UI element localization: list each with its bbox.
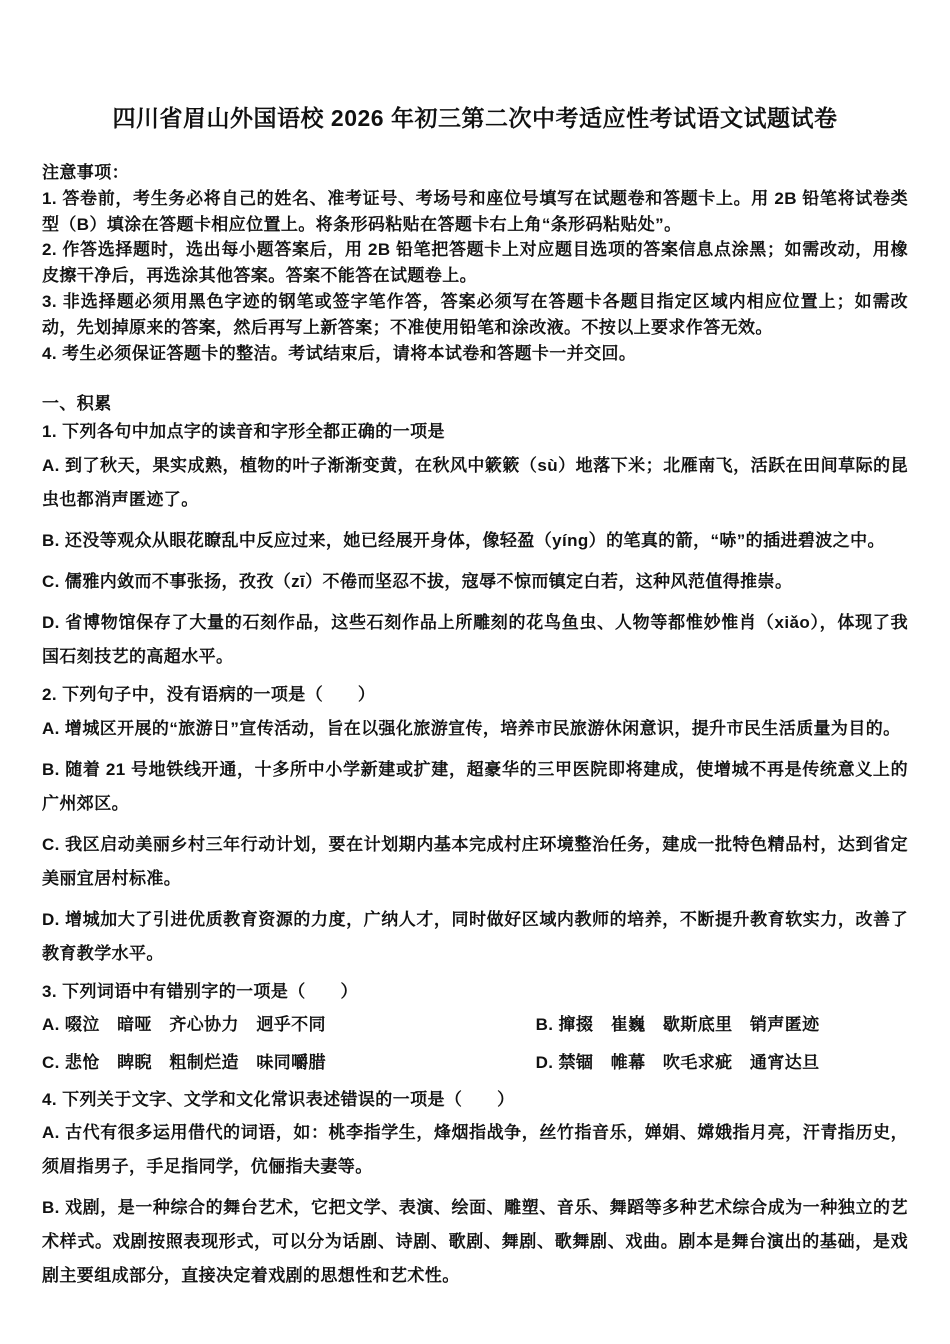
question-2: 2. 下列句子中，没有语病的一项是（ ） A. 增城区开展的“旅游日”宣传活动，… xyxy=(42,681,908,971)
section-heading: 一、积累 xyxy=(42,391,908,417)
question-4: 4. 下列关于文字、文学和文化常识表述错误的一项是（ ） A. 古代有很多运用借… xyxy=(42,1086,908,1294)
exam-paper-page: 四川省眉山外国语校 2026 年初三第二次中考适应性考试语文试题试卷 注意事项：… xyxy=(0,0,950,1344)
question-option-a: A. 增城区开展的“旅游日”宣传活动，旨在以强化旅游宣传，培养市民旅游休闲意识，… xyxy=(42,712,908,746)
question-option-a: A. 古代有很多运用借代的词语，如：桃李指学生，烽烟指战争，丝竹指音乐，婵娟、嫦… xyxy=(42,1116,908,1184)
question-option-b: B. 戏剧，是一种综合的舞台艺术，它把文学、表演、绘面、雕塑、音乐、舞蹈等多种艺… xyxy=(42,1191,908,1293)
question-option-b: B. 撺掇 崔巍 歇斯底里 销声匿迹 xyxy=(536,1009,908,1040)
question-3: 3. 下列词语中有错别字的一项是（ ） A. 啜泣 暗哑 齐心协力 迥乎不同 B… xyxy=(42,978,908,1079)
page-title: 四川省眉山外国语校 2026 年初三第二次中考适应性考试语文试题试卷 xyxy=(42,104,908,134)
question-stem: 3. 下列词语中有错别字的一项是（ ） xyxy=(42,978,908,1007)
notice-item: 1. 答卷前，考生务必将自己的姓名、准考证号、考场号和座位号填写在试题卷和答题卡… xyxy=(42,186,908,238)
notice-item: 4. 考生必须保证答题卡的整洁。考试结束后，请将本试卷和答题卡一并交回。 xyxy=(42,341,908,367)
question-stem: 1. 下列各句中加点字的读音和字形全都正确的一项是 xyxy=(42,418,908,447)
notice-item: 3. 非选择题必须用黑色字迹的钢笔或签字笔作答，答案必须写在答题卡各题目指定区域… xyxy=(42,289,908,341)
question-option-b: B. 随着 21 号地铁线开通，十多所中小学新建或扩建，超豪华的三甲医院即将建成… xyxy=(42,753,908,821)
question-option-d: D. 增城加大了引进优质教育资源的力度，广纳人才，同时做好区域内教师的培养，不断… xyxy=(42,903,908,971)
notice-item: 2. 作答选择题时，选出每小题答案后，用 2B 铅笔把答题卡上对应题目选项的答案… xyxy=(42,237,908,289)
question-option-a: A. 啜泣 暗哑 齐心协力 迥乎不同 xyxy=(42,1009,536,1040)
question-option-d: D. 省博物馆保存了大量的石刻作品，这些石刻作品上所雕刻的花鸟鱼虫、人物等都惟妙… xyxy=(42,606,908,674)
question-option-a: A. 到了秋天，果实成熟，植物的叶子渐渐变黄，在秋风中簌簌（sù）地落下米；北雁… xyxy=(42,449,908,517)
question-stem: 4. 下列关于文字、文学和文化常识表述错误的一项是（ ） xyxy=(42,1086,908,1115)
question-option-d: D. 禁锢 帷幕 吹毛求疵 通宵达旦 xyxy=(536,1047,908,1078)
option-row: A. 啜泣 暗哑 齐心协力 迥乎不同 B. 撺掇 崔巍 歇斯底里 销声匿迹 xyxy=(42,1009,908,1040)
question-stem: 2. 下列句子中，没有语病的一项是（ ） xyxy=(42,681,908,710)
notice-section: 注意事项： 1. 答卷前，考生务必将自己的姓名、准考证号、考场号和座位号填写在试… xyxy=(42,160,908,367)
question-option-b: B. 还没等观众从眼花瞭乱中反应过来，她已经展开身体，像轻盈（yíng）的笔真的… xyxy=(42,524,908,558)
option-row: C. 悲怆 睥睨 粗制烂造 味同嚼腊 D. 禁锢 帷幕 吹毛求疵 通宵达旦 xyxy=(42,1047,908,1078)
question-option-c: C. 悲怆 睥睨 粗制烂造 味同嚼腊 xyxy=(42,1047,536,1078)
question-option-c: C. 儒雅内敛而不事张扬，孜孜（zī）不倦而坚忍不拔，寇辱不惊而镇定白若，这种风… xyxy=(42,565,908,599)
question-option-c: C. 我区启动美丽乡村三年行动计划，要在计划期内基本完成村庄环境整治任务，建成一… xyxy=(42,828,908,896)
questions-area: 一、积累 1. 下列各句中加点字的读音和字形全都正确的一项是 A. 到了秋天，果… xyxy=(42,391,908,1294)
question-1: 1. 下列各句中加点字的读音和字形全都正确的一项是 A. 到了秋天，果实成熟，植… xyxy=(42,418,908,674)
notice-heading: 注意事项： xyxy=(42,160,908,186)
